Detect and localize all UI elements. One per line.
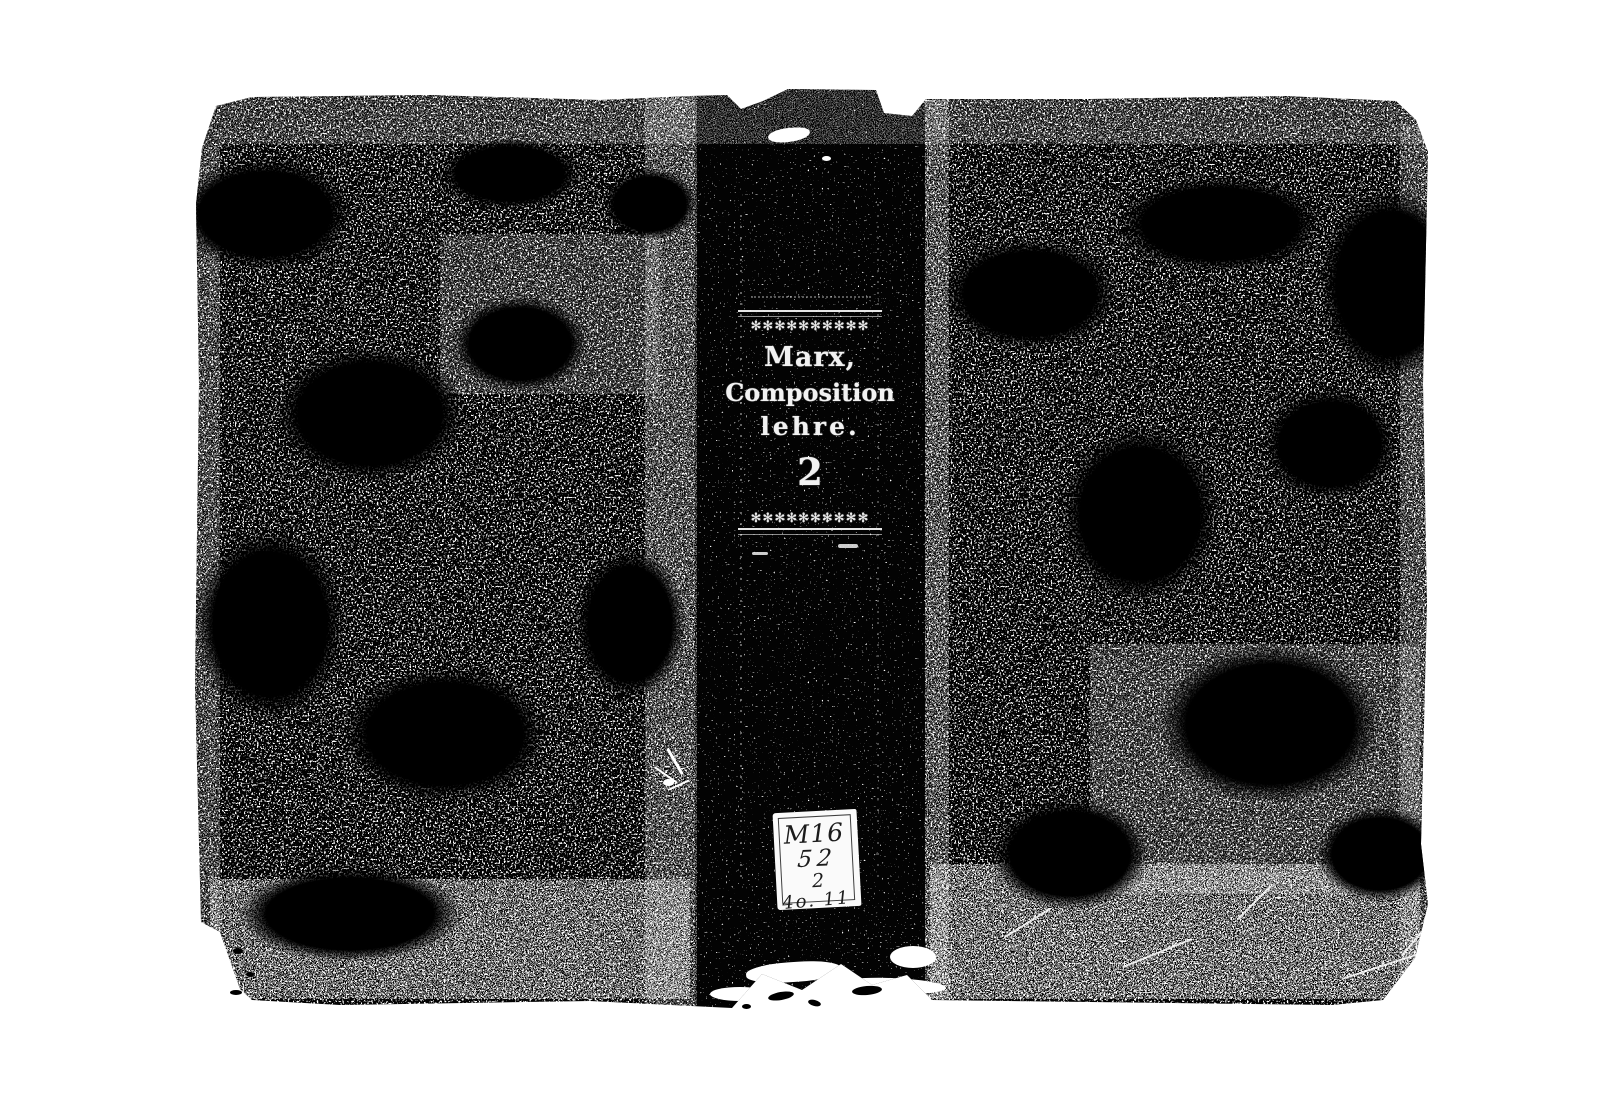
debris-speck [233, 948, 243, 954]
spine-head-damage [822, 156, 831, 161]
spine-wear-streak [740, 204, 742, 882]
call-number-label: M16 52 2 4o. 11 [773, 809, 862, 910]
spine-rule-line [738, 310, 882, 317]
ornament-row-icon: ✻✻✻✻✻✻✻✻✻✻ [738, 319, 882, 334]
spine-title-line-1: Composition [695, 378, 925, 407]
spine-wear-dash [752, 552, 768, 555]
spine-rule-line [738, 528, 882, 535]
spine-tail-damage [710, 987, 770, 1001]
spine-tail-damage [890, 946, 936, 968]
scan-page: ✻✻✻✻✻✻✻✻✻✻ Marx, Composition lehre. 2 ✻✻… [0, 0, 1600, 1103]
debris-speck [807, 998, 821, 1007]
spine-volume-number: 2 [695, 450, 925, 494]
debris-speck [742, 1004, 751, 1009]
debris-speck [230, 990, 242, 995]
book-cover-photo: ✻✻✻✻✻✻✻✻✻✻ Marx, Composition lehre. 2 ✻✻… [190, 84, 1430, 1012]
debris-speck [768, 990, 795, 1002]
spine-wear-dash [838, 544, 858, 548]
ornament-row-icon: ✻✻✻✻✻✻✻✻✻✻ [738, 511, 882, 526]
spine-author: Marx, [695, 342, 925, 373]
debris-speck [246, 972, 254, 977]
scratch-mark [663, 779, 674, 786]
label-line: M16 [783, 820, 845, 848]
spine-title-line-2: lehre. [695, 412, 925, 441]
spine-ornament-band-top: ✻✻✻✻✻✻✻✻✻✻ [738, 310, 882, 334]
spine-wear-streak [877, 204, 879, 882]
spine-ornament-band-bottom: ✻✻✻✻✻✻✻✻✻✻ [738, 511, 882, 535]
debris-speck [852, 985, 883, 997]
spine-dotted-remnant [751, 296, 871, 298]
